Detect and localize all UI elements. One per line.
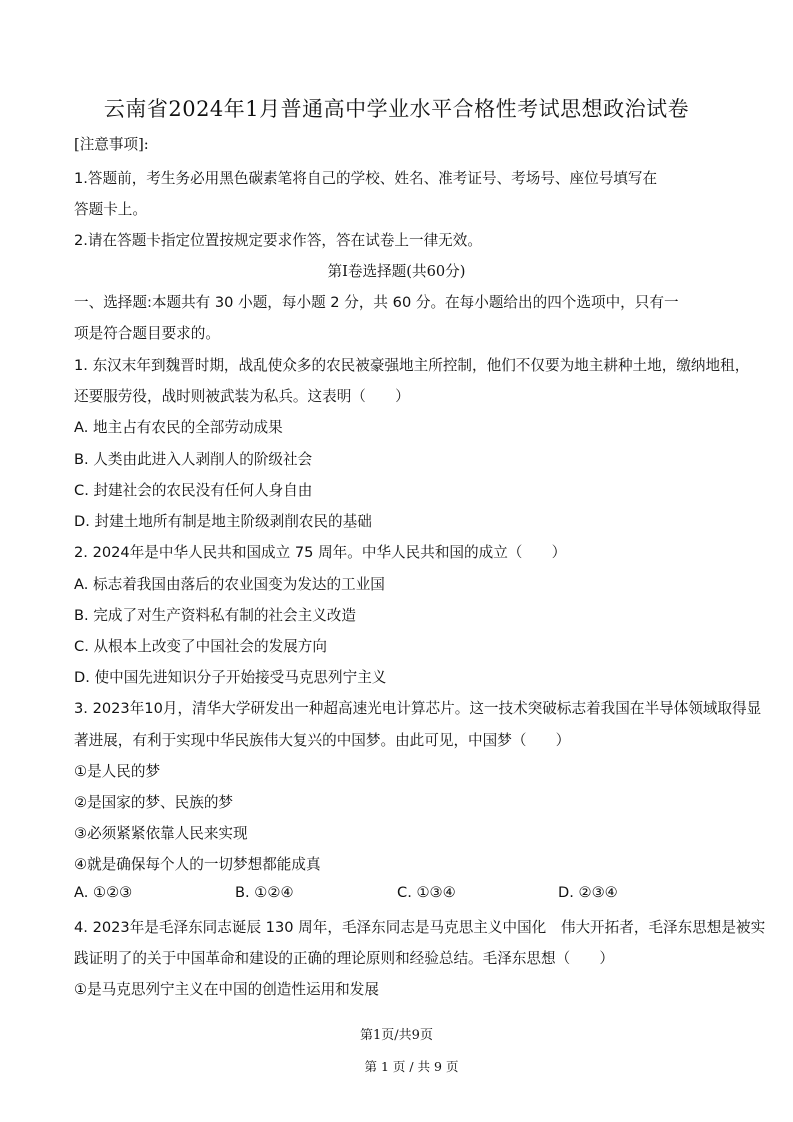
question-1-option-c: C. 封建社会的农民没有任何人身自由	[74, 479, 312, 500]
notice-header: [注意事项]:	[74, 133, 149, 154]
question-3-stem: 著进展，有利于实现中华民族伟大复兴的中国梦。由此可见，中国梦（ ）	[74, 729, 570, 750]
question-2-option-a: A. 标志着我国由落后的农业国变为发达的工业国	[74, 573, 385, 594]
question-2-option-c: C. 从根本上改变了中国社会的发展方向	[74, 635, 327, 656]
notice-item: 2.请在答题卡指定位置按规定要求作答，答在试卷上一律无效。	[74, 229, 482, 250]
question-3-statement: ③必须紧紧依靠人民来实现	[74, 822, 248, 843]
notice-item: 答题卡上。	[74, 198, 147, 219]
question-3-choice-b: B. ①②④	[235, 884, 294, 901]
question-1-option-d: D. 封建土地所有制是地主阶级剥削农民的基础	[74, 510, 372, 531]
page-number-secondary: 第 1 页 / 共 9 页	[0, 1057, 793, 1075]
question-3-stem: 3. 2023年10月，清华大学研发出一种超高速光电计算芯片。这一技术突破标志着…	[74, 697, 761, 718]
question-3-choice-c: C. ①③④	[397, 884, 456, 901]
notice-item: 1.答题前，考生务必用黑色碳素笔将自己的学校、姓名、准考证号、考场号、座位号填写…	[74, 167, 657, 188]
question-1-stem: 还要服劳役，战时则被武装为私兵。这表明（ ）	[74, 385, 410, 406]
question-3-choice-d: D. ②③④	[558, 884, 618, 901]
question-4-stem: 4. 2023年是毛泽东同志诞辰 130 周年，毛泽东同志是马克思主义中国化 伟…	[74, 916, 765, 937]
question-4-stem: 践证明了的关于中国革命和建设的正确的理论原则和经验总结。毛泽东思想（ ）	[74, 947, 614, 968]
question-2-option-b: B. 完成了对生产资料私有制的社会主义改造	[74, 604, 356, 625]
question-2-stem: 2. 2024年是中华人民共和国成立 75 周年。中华人民共和国的成立（ ）	[74, 541, 566, 562]
exam-page: 云南省2024年1月普通高中学业水平合格性考试思想政治试卷 [注意事项]: 1.…	[0, 0, 793, 1122]
section-instructions: 一、选择题:本题共有 30 小题，每小题 2 分，共 60 分。在每小题给出的四…	[74, 291, 679, 312]
question-1-option-b: B. 人类由此进入人剥削人的阶级社会	[74, 448, 312, 469]
question-3-statement: ①是人民的梦	[74, 760, 160, 781]
question-2-option-d: D. 使中国先进知识分子开始接受马克思列宁主义	[74, 666, 386, 687]
page-number: 第1页/共9页	[0, 1024, 793, 1043]
question-3-choice-a: A. ①②③	[74, 884, 132, 901]
section-instructions: 项是符合题目要求的。	[74, 322, 220, 343]
question-3-choices: A. ①②③ B. ①②④ C. ①③④ D. ②③④	[74, 884, 734, 904]
question-1-option-a: A. 地主占有农民的全部劳动成果	[74, 416, 283, 437]
question-3-statement: ②是国家的梦、民族的梦	[74, 791, 233, 812]
section-title: 第Ⅰ卷选择题(共60分)	[0, 260, 793, 281]
question-3-statement: ④就是确保每个人的一切梦想都能成真	[74, 853, 321, 874]
question-1-stem: 1. 东汉末年到魏晋时期，战乱使众多的农民被豪强地主所控制，他们不仅要为地主耕种…	[74, 354, 749, 375]
exam-title: 云南省2024年1月普通高中学业水平合格性考试思想政治试卷	[0, 93, 793, 123]
question-4-statement: ①是马克思列宁主义在中国的创造性运用和发展	[74, 978, 379, 999]
